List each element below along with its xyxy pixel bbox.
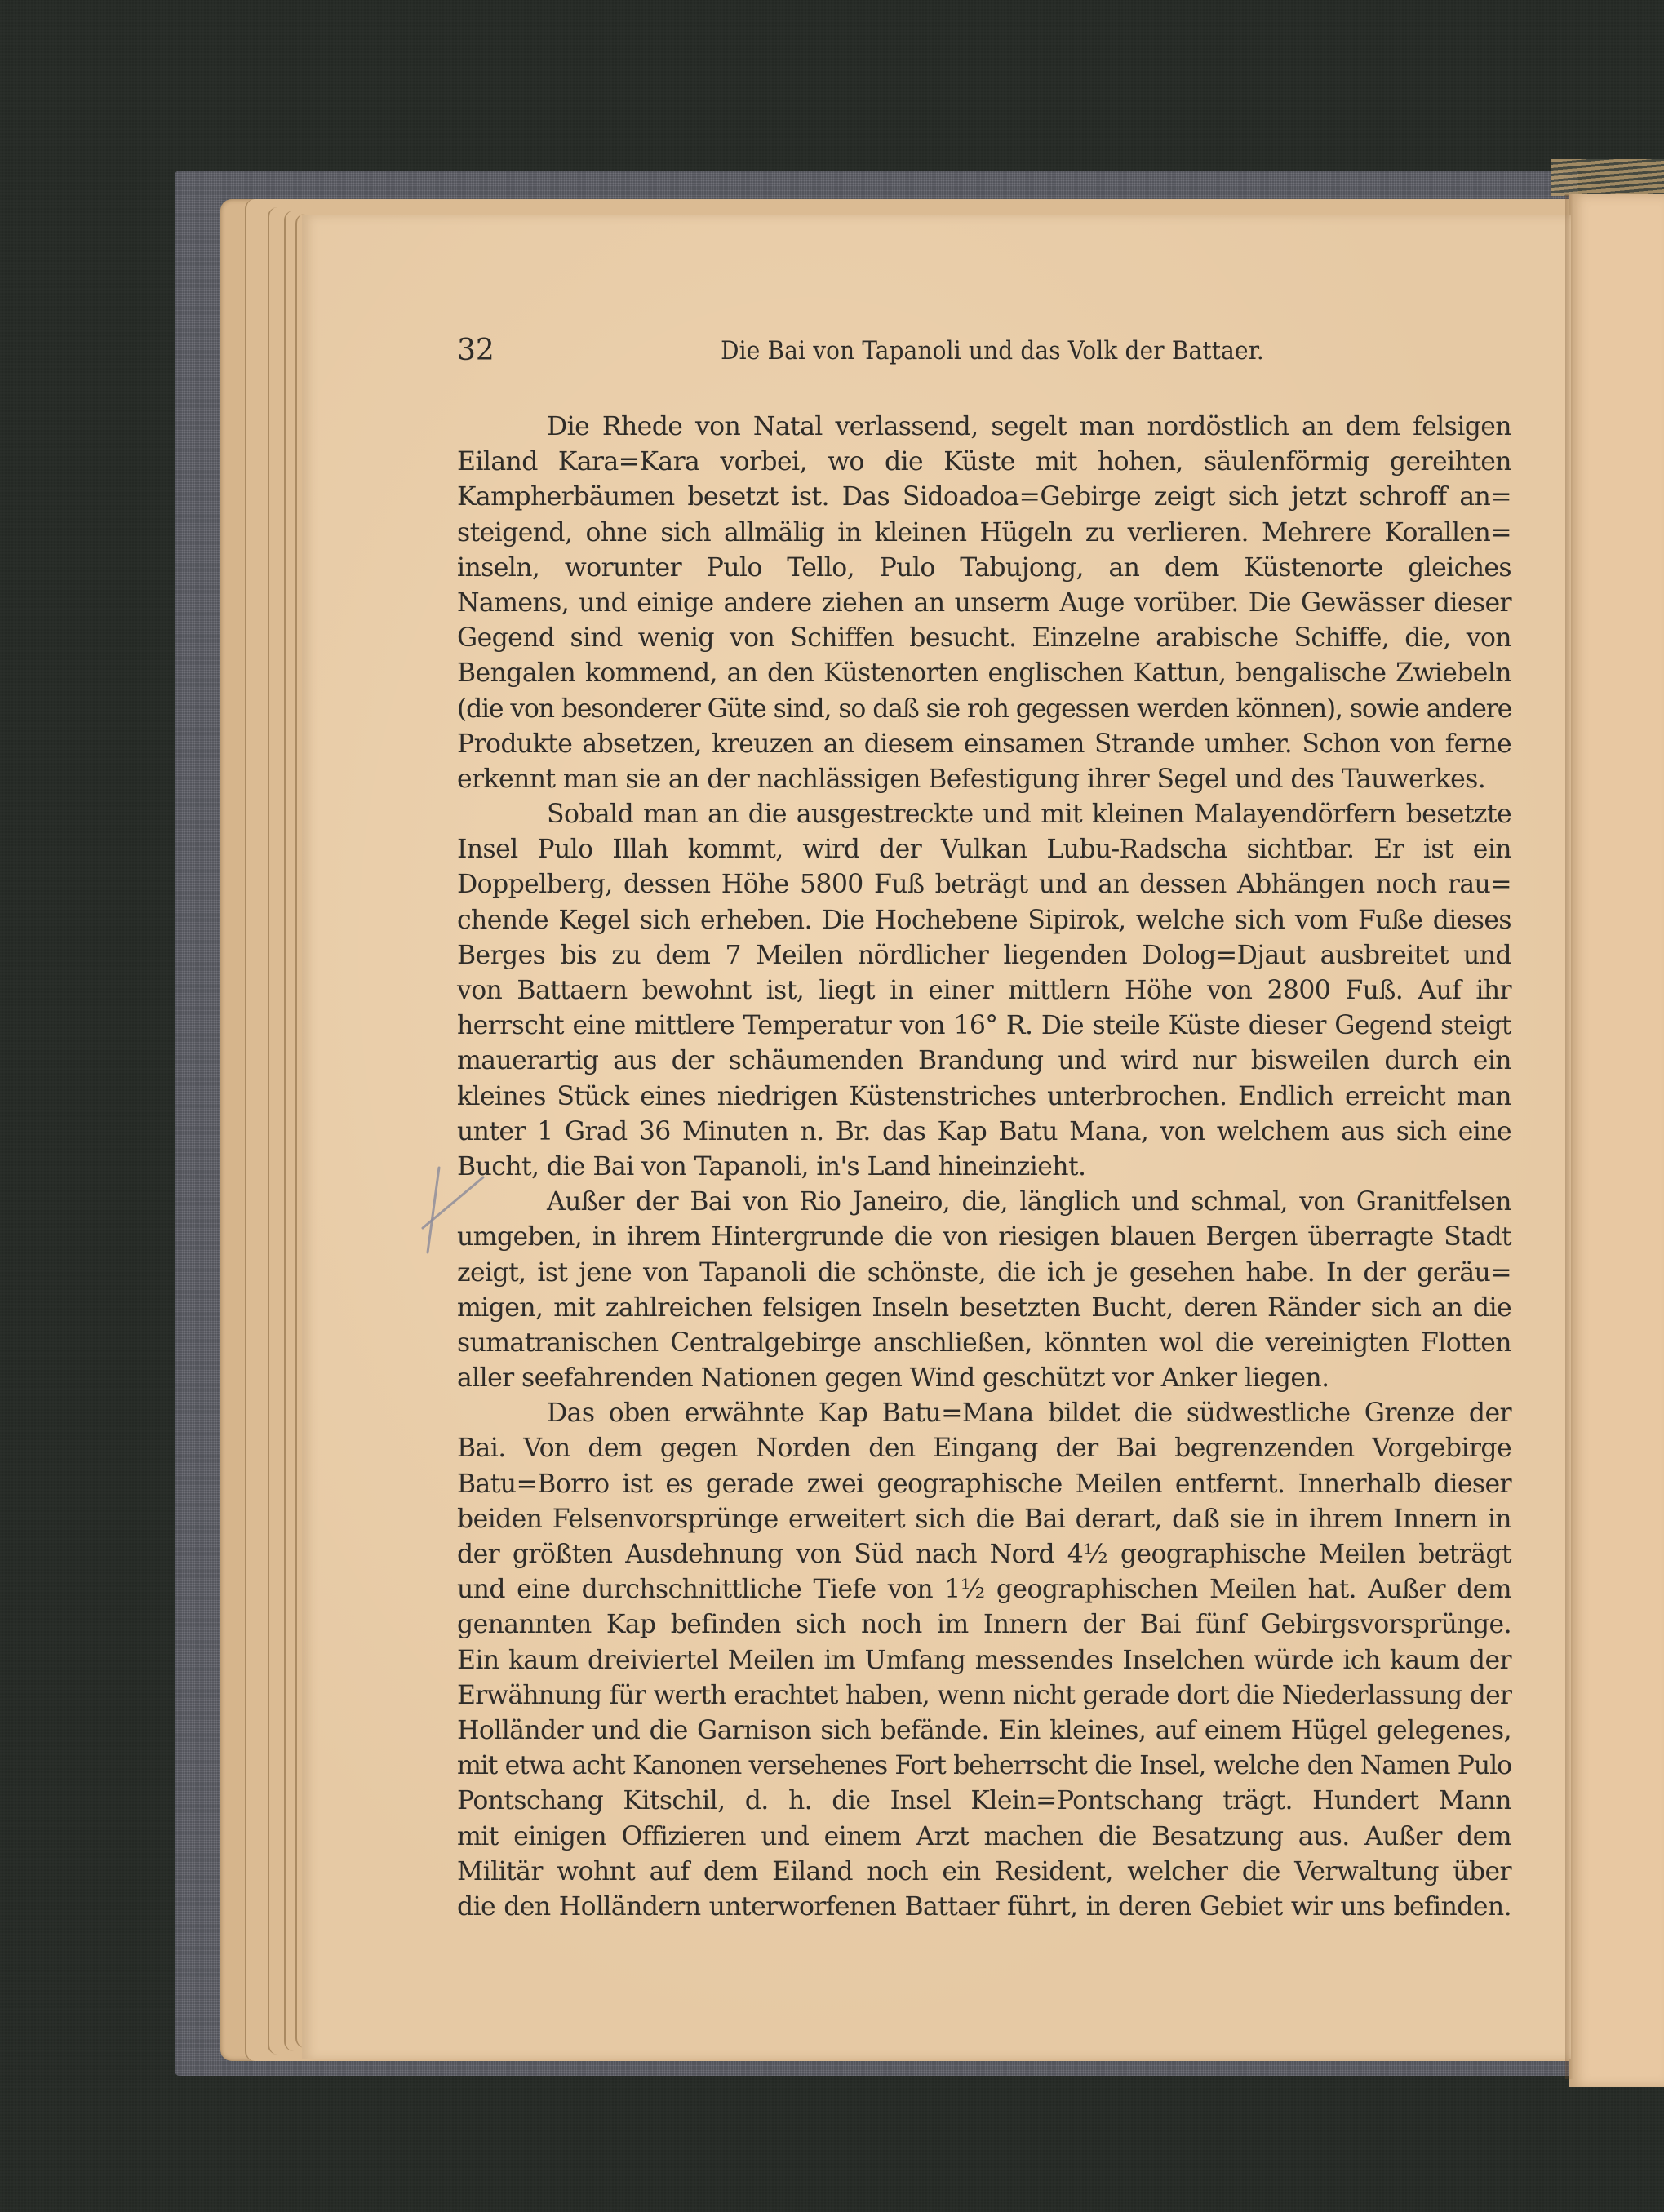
paragraph: Außer der Bai von Rio Janeiro, die, läng…	[457, 1185, 1511, 1396]
text-line: unter 1 Grad 36 Minuten n. Br. das Kap B…	[457, 1115, 1511, 1150]
gutter-shadow	[1565, 194, 1573, 2079]
body-text: Die Rhede von Natal verlassend, segelt m…	[457, 410, 1511, 1925]
text-line: Sobald man an die ausgestreckte und mit …	[457, 797, 1511, 832]
text-line: Holländer und die Garnison sich befände.…	[457, 1713, 1511, 1749]
text-line: zeigt, ist jene von Tapanoli die schönst…	[457, 1256, 1511, 1291]
running-head: 32 Die Bai von Tapanoli und das Volk der…	[457, 326, 1511, 375]
text-line: Bucht, die Bai von Tapanoli, in's Land h…	[457, 1150, 1511, 1185]
text-line: Insel Pulo Illah kommt, wird der Vulkan …	[457, 832, 1511, 867]
text-line: kleines Stück eines niedrigen Küstenstri…	[457, 1079, 1511, 1115]
right-page-top-edges	[1551, 159, 1664, 196]
text-line: migen, mit zahlreichen felsigen Inseln b…	[457, 1291, 1511, 1326]
text-line: Gegend sind wenig von Schiffen besucht. …	[457, 621, 1511, 656]
text-line: Eiland Kara=Kara vorbei, wo die Küste mi…	[457, 445, 1511, 480]
text-line: Erwähnung für werth erachtet haben, wenn…	[457, 1678, 1511, 1713]
text-line: aller seefahrenden Nationen gegen Wind g…	[457, 1361, 1511, 1396]
text-line: die den Holländern unterworfenen Battaer…	[457, 1890, 1511, 1925]
text-line: mit etwa acht Kanonen versehenes Fort be…	[457, 1749, 1511, 1784]
paragraph: Sobald man an die ausgestreckte und mit …	[457, 797, 1511, 1185]
text-line: und eine durchschnittliche Tiefe von 1½ …	[457, 1572, 1511, 1607]
text-line: Produkte absetzen, kreuzen an diesem ein…	[457, 727, 1511, 762]
text-line: mit einigen Offizieren und einem Arzt ma…	[457, 1820, 1511, 1855]
text-line: Namens, und einige andere ziehen an unse…	[457, 586, 1511, 621]
page-number: 32	[457, 326, 495, 375]
text-line: umgeben, in ihrem Hintergrunde die von r…	[457, 1220, 1511, 1255]
text-line: Militär wohnt auf dem Eiland noch ein Re…	[457, 1855, 1511, 1890]
text-line: herrscht eine mittlere Temperatur von 16…	[457, 1008, 1511, 1044]
text-line: Ein kaum dreiviertel Meilen im Umfang me…	[457, 1643, 1511, 1678]
text-line: beiden Felsenvorsprünge erweitert sich d…	[457, 1502, 1511, 1537]
text-line: Berges bis zu dem 7 Meilen nördlicher li…	[457, 938, 1511, 973]
text-line: mauerartig aus der schäumenden Brandung …	[457, 1044, 1511, 1079]
paragraph: Das oben erwähnte Kap Batu=Mana bildet d…	[457, 1396, 1511, 1925]
text-line: Bai. Von dem gegen Norden den Eingang de…	[457, 1431, 1511, 1466]
text-block: 32 Die Bai von Tapanoli und das Volk der…	[457, 326, 1511, 1925]
text-line: genannten Kap befinden sich noch im Inne…	[457, 1607, 1511, 1642]
facing-page	[1569, 194, 1664, 2087]
text-line: der größten Ausdehnung von Süd nach Nord…	[457, 1537, 1511, 1572]
text-line: von Battaern bewohnt ist, liegt in einer…	[457, 973, 1511, 1008]
text-line: Batu=Borro ist es gerade zwei geographis…	[457, 1467, 1511, 1502]
text-line: erkennt man sie an der nachlässigen Befe…	[457, 762, 1511, 797]
text-line: sumatranischen Centralgebirge anschließe…	[457, 1326, 1511, 1361]
paragraph: Die Rhede von Natal verlassend, segelt m…	[457, 410, 1511, 797]
text-line: Die Rhede von Natal verlassend, segelt m…	[457, 410, 1511, 445]
text-line: Bengalen kommend, an den Küstenorten eng…	[457, 656, 1511, 691]
text-line: Doppelberg, dessen Höhe 5800 Fuß beträgt…	[457, 867, 1511, 902]
text-line: Pontschang Kitschil, d. h. die Insel Kle…	[457, 1784, 1511, 1819]
text-line: chende Kegel sich erheben. Die Hochebene…	[457, 903, 1511, 938]
text-line: steigend, ohne sich allmälig in kleinen …	[457, 516, 1511, 551]
text-line: Außer der Bai von Rio Janeiro, die, läng…	[457, 1185, 1511, 1220]
text-line: Kampherbäumen besetzt ist. Das Sidoadoa=…	[457, 480, 1511, 515]
text-line: Das oben erwähnte Kap Batu=Mana bildet d…	[457, 1396, 1511, 1431]
running-head-title: Die Bai von Tapanoli und das Volk der Ba…	[637, 326, 1348, 375]
text-line: inseln, worunter Pulo Tello, Pulo Tabujo…	[457, 551, 1511, 586]
text-line: (die von besonderer Güte sind, so daß si…	[457, 692, 1511, 727]
